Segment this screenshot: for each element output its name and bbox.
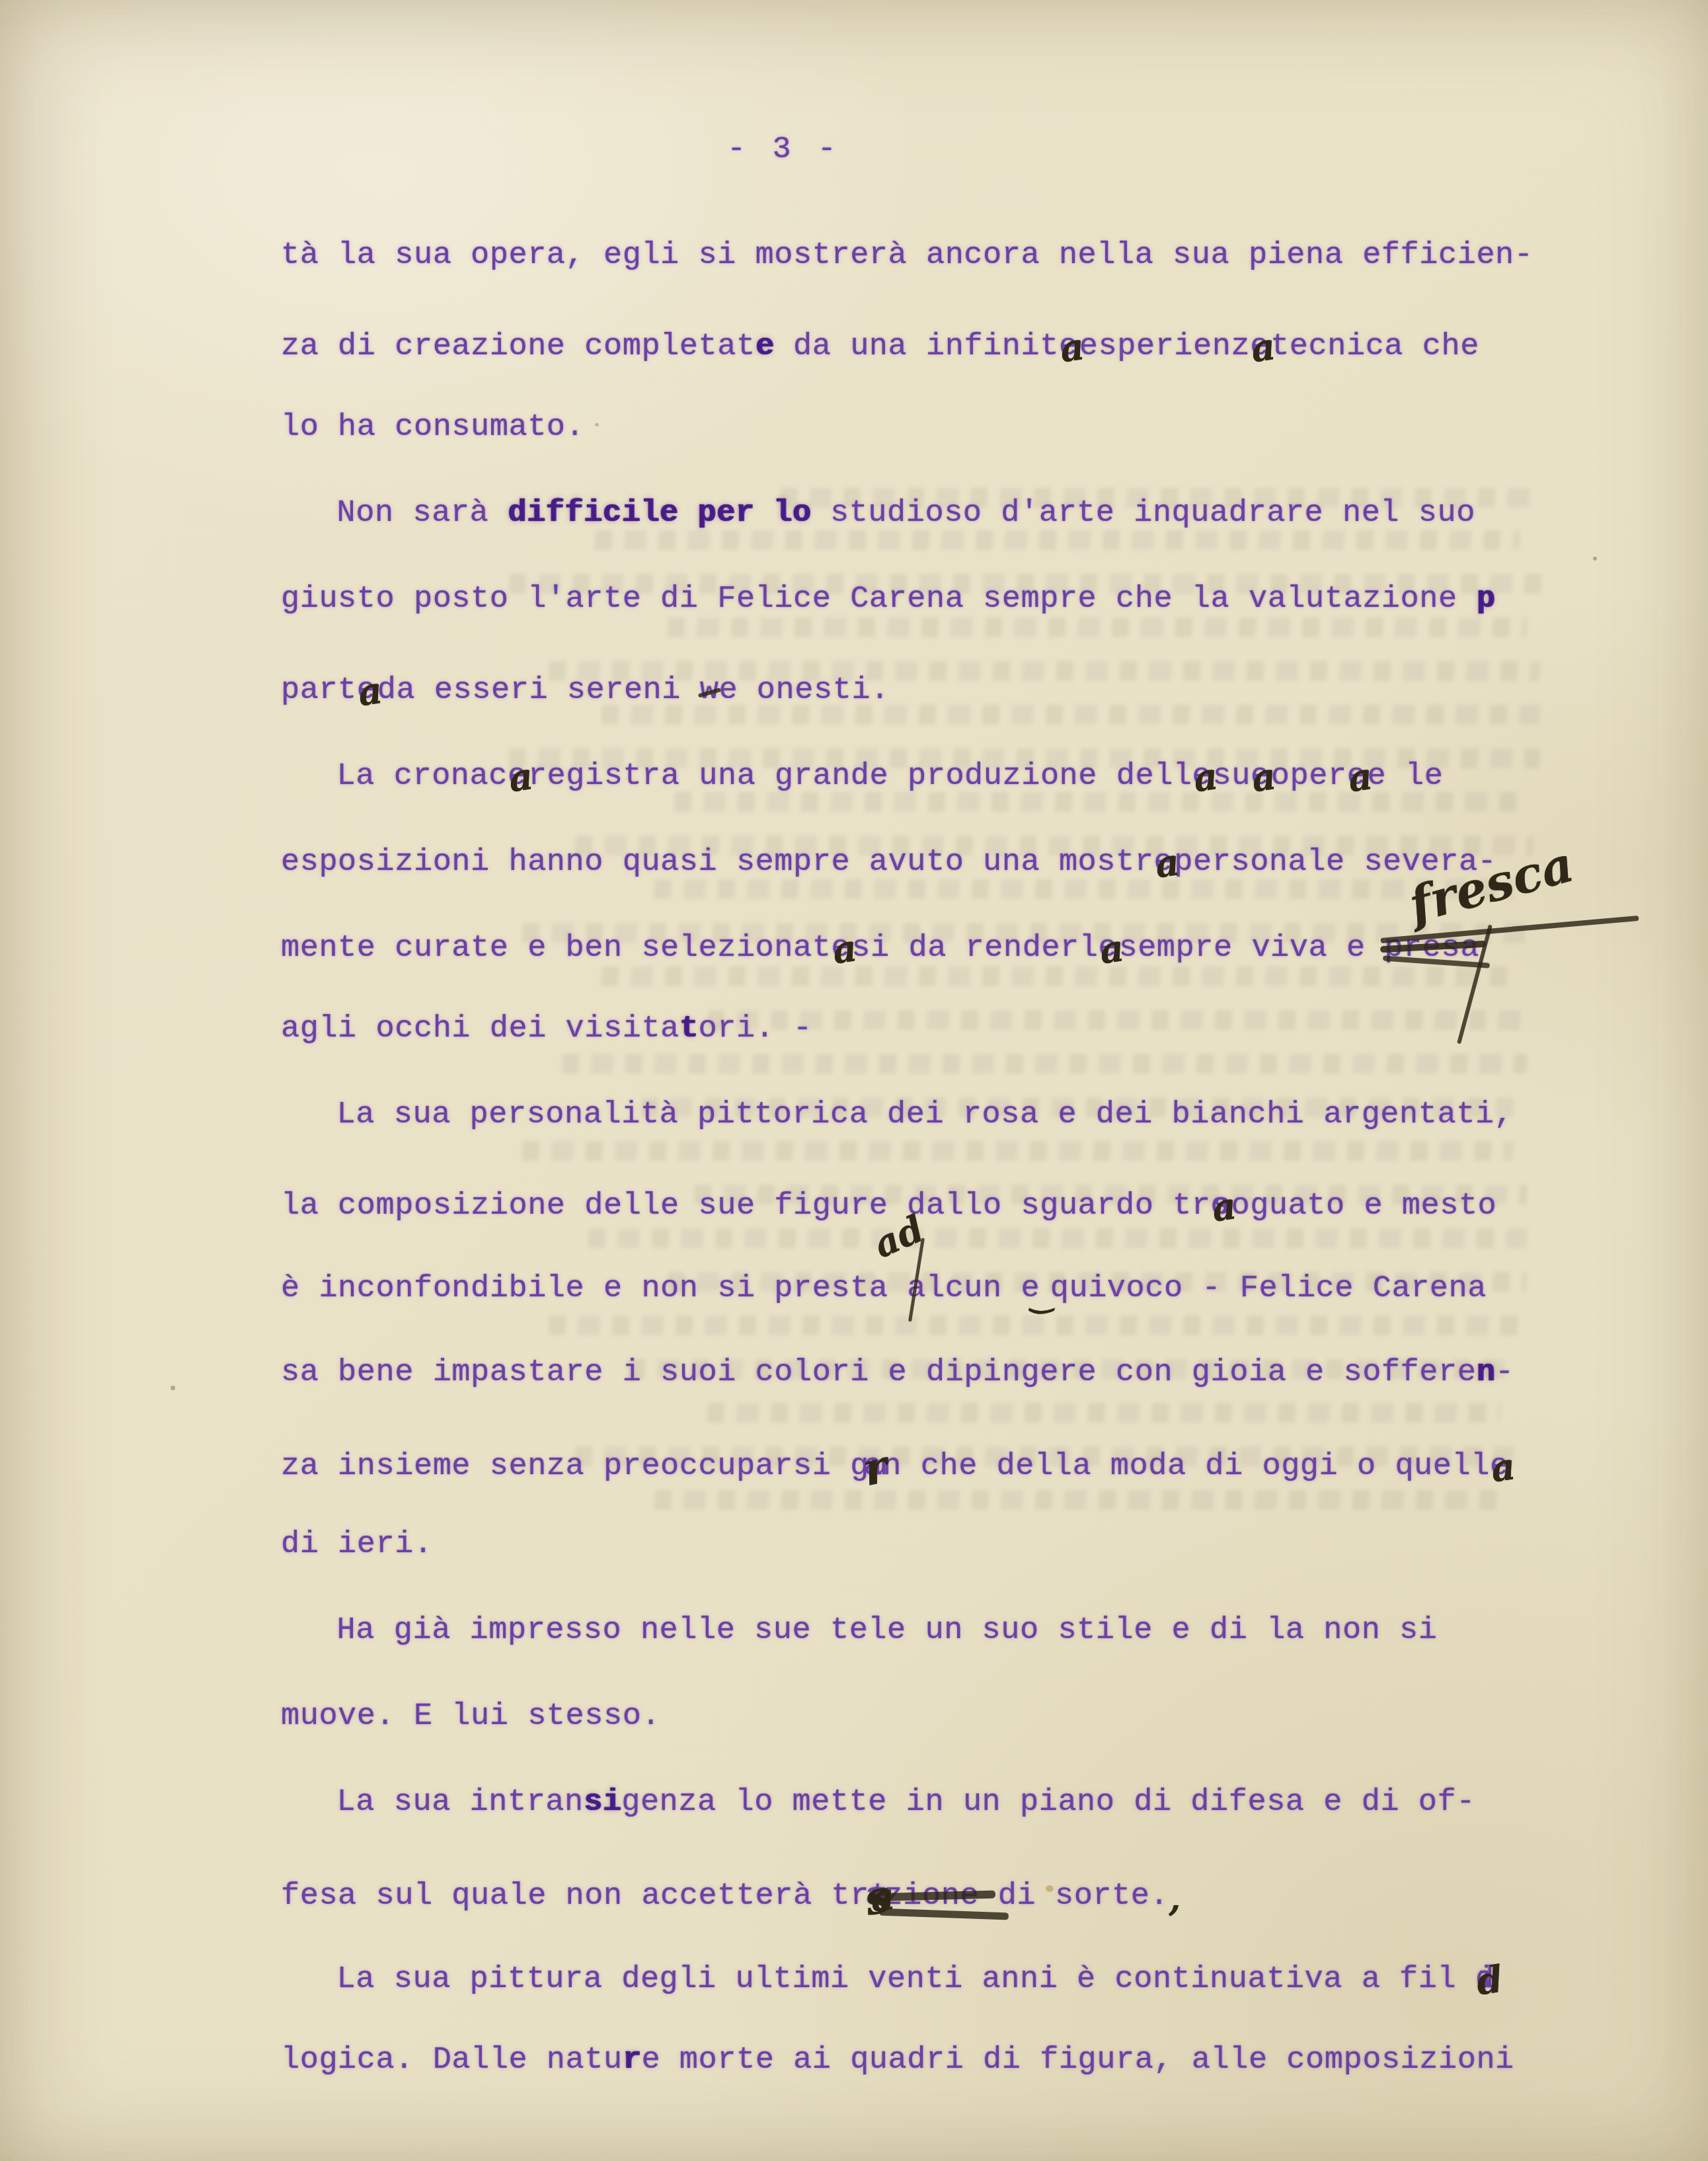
text-line: la composizione delle sue figure dallo s…	[281, 1158, 1603, 1244]
typed-text: tà la sua opera, egli si mostrerà ancora…	[281, 238, 1533, 273]
text-line: La cronacea registra una grande produzio…	[281, 728, 1603, 814]
typed-text: e morte ai quadri di figura, alle compos…	[641, 2043, 1514, 2078]
typed-text: fesa sul quale non accetterà tre	[281, 1879, 888, 1914]
document-body: tà la sua opera, egli si mostrerà ancora…	[281, 213, 1603, 2103]
typed-text: la composizione delle sue figure dallo s…	[281, 1189, 1229, 1224]
text-line: za di creazione completate da una infini…	[281, 299, 1603, 385]
typed-text: mente curate e ben selezionate	[281, 931, 850, 966]
overstruck-text: e	[756, 329, 775, 364]
text-line: di ieri.	[281, 1502, 1603, 1588]
page-number: - 3 -	[727, 132, 840, 167]
typed-text: La sua pittura degli ultimi venti anni è…	[337, 1962, 1494, 1997]
text-line: muove. E lui stesso.	[281, 1674, 1603, 1760]
text-line: mente curate e ben selezionatea si da re…	[281, 900, 1603, 986]
typed-text: studioso d'arte inquadrare nel suo	[811, 496, 1475, 531]
typed-text: -	[1495, 1355, 1514, 1390]
pen-struck-char: w	[700, 648, 719, 734]
typed-text: an che della moda di oggi o quelle	[864, 1449, 1509, 1484]
text-line: Ha già impresso nelle sue tele un suo st…	[281, 1588, 1603, 1674]
text-line: tà la sua opera, egli si mostrerà ancora…	[281, 213, 1603, 299]
text-line: Non sarà difficile per lo studioso d'art…	[281, 471, 1603, 557]
overstruck-text: si	[584, 1785, 621, 1820]
text-line: giusto posto l'arte di Felice Carena sem…	[281, 557, 1603, 643]
typed-text: da esseri sereni	[358, 673, 700, 708]
overstruck-text: r	[623, 2043, 642, 2078]
overstruck-text: n	[1476, 1355, 1495, 1390]
text-line: esposizioni hanno quasi sempre avuto una…	[281, 814, 1603, 900]
text-line: è inconfondibile e non si presta alcun e…	[281, 1244, 1603, 1330]
typed-text: Ha già impresso nelle sue tele un suo st…	[337, 1613, 1438, 1648]
typed-text: tecnica che	[1251, 329, 1479, 364]
typed-text: za insieme senza preoccuparsi gu	[281, 1449, 888, 1484]
typed-text: La sua personalità pittorica dei rosa e …	[337, 1097, 1514, 1132]
text-line: fesa sul quale non accetterà treatsazion…	[281, 1846, 1603, 1932]
typed-text: quivoco - Felice Carena	[1031, 1271, 1487, 1306]
text-line: La sua personalità pittorica dei rosa e …	[281, 1072, 1603, 1158]
paper-speck	[171, 1386, 175, 1390]
typed-text: genza lo mette in un piano di difesa e d…	[621, 1785, 1475, 1820]
text-line: agli occhi dei visitatori. -	[281, 986, 1603, 1072]
typed-text: ori. -	[699, 1011, 812, 1046]
text-line: sa bene impastare i suoi colori e diping…	[281, 1330, 1603, 1416]
overstruck-text: difficile per lo	[508, 496, 811, 531]
typed-text: sempre viva e	[1100, 931, 1385, 966]
typed-text: di ieri.	[281, 1527, 433, 1562]
text-line: za insieme senza preoccuparsi guran che …	[281, 1416, 1603, 1502]
typed-text: lo ha consumato.	[281, 410, 584, 445]
typed-text: La sua intran	[337, 1785, 584, 1820]
typed-text: e onesti.	[718, 673, 889, 708]
typed-text: La cronace	[337, 759, 527, 794]
typed-text: esperienze	[1060, 329, 1269, 364]
typed-text: da una infinite	[774, 329, 1077, 364]
typed-text: è inconfondibile e non si presta alcun e	[281, 1271, 1040, 1306]
typed-text: si da renderle	[833, 931, 1118, 966]
typed-text: sa bene impastare i suoi colori e diping…	[281, 1355, 1476, 1390]
text-line: La sua intransigenza lo mette in un pian…	[281, 1760, 1603, 1846]
typed-text: agli occhi dei visita	[281, 1011, 679, 1046]
text-line: lo ha consumato.	[281, 385, 1603, 471]
typed-text: registra una grande produzione delle	[509, 759, 1211, 794]
overstruck-text: t	[679, 1011, 699, 1046]
pen-mark: ,	[1169, 1856, 1181, 1942]
typewritten-page: - 3 - tà la sua opera, egli si mostrerà …	[0, 0, 1708, 2161]
typed-text: za di creazione completat	[281, 329, 756, 364]
text-line: logica. Dalle nature morte ai quadri di …	[281, 2018, 1603, 2103]
typed-text: Non sarà	[337, 496, 508, 531]
typed-text: soguato e mesto	[1212, 1189, 1497, 1224]
typed-text: logica. Dalle natu	[281, 2043, 623, 2078]
overstruck-text: p	[1476, 582, 1495, 617]
typed-text: giusto posto l'arte di Felice Carena sem…	[281, 582, 1476, 617]
text-line: La sua pittura degli ultimi venti anni è…	[281, 1932, 1603, 2018]
typed-text: muove. E lui stesso.	[281, 1699, 660, 1734]
text-line: partea da esseri sereni we onesti.	[281, 643, 1603, 728]
typed-text: esposizioni hanno quasi sempre avuto una…	[281, 845, 1173, 880]
